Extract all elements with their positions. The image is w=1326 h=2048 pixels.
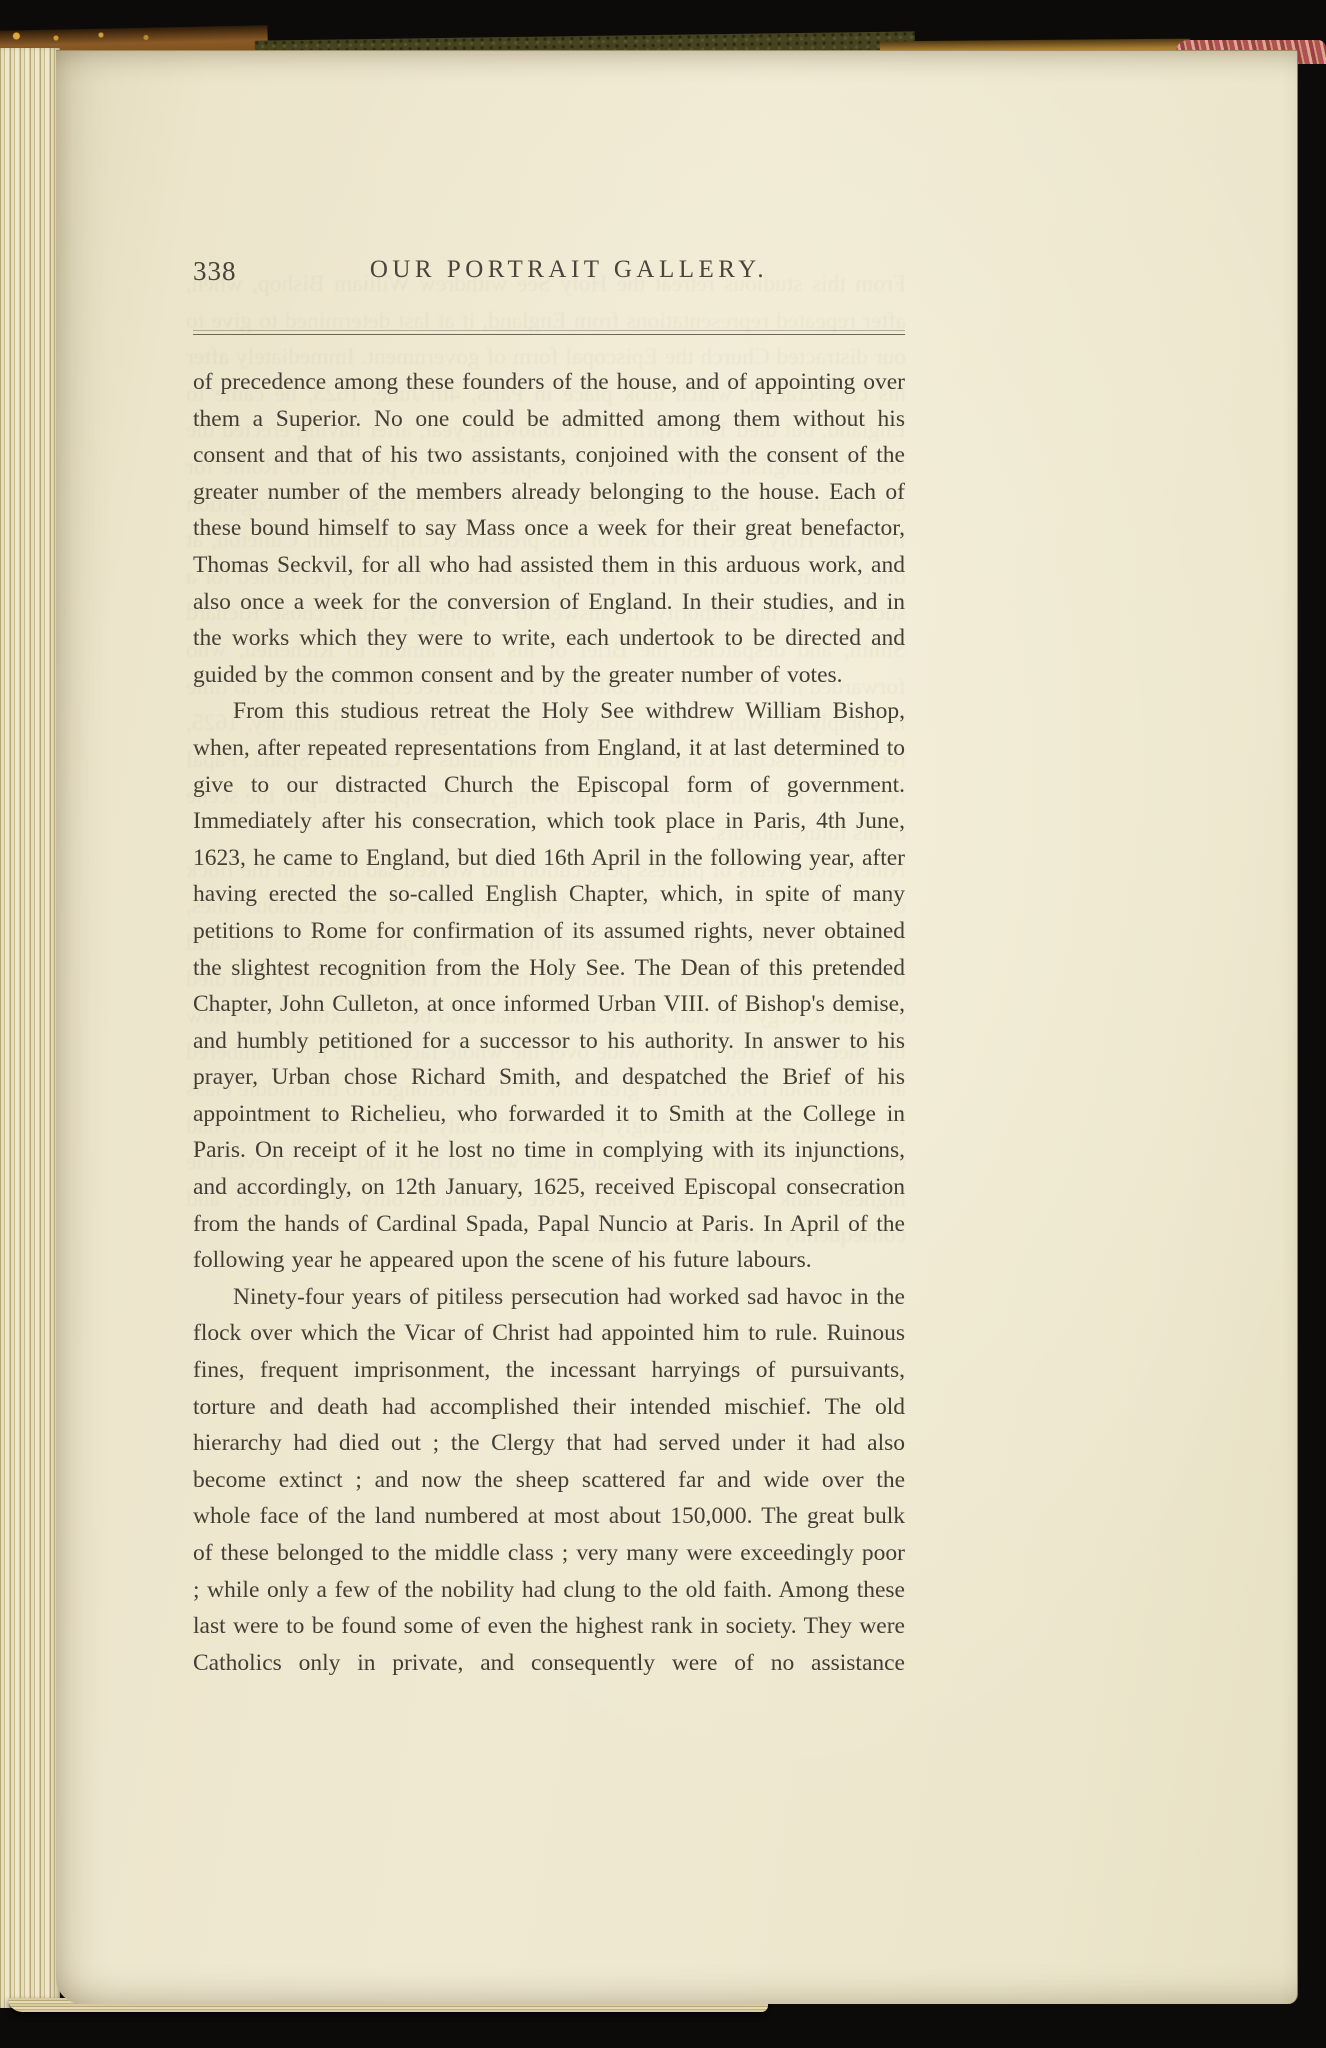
paragraph-2: From this studious retreat the Holy See … <box>193 693 905 1279</box>
page-edge-stack-left <box>0 48 60 2008</box>
body-text: of precedence among these founders of th… <box>193 364 905 1681</box>
gilt-flecks <box>2 32 182 42</box>
printed-text-block: 338 OUR PORTRAIT GALLERY. of precedence … <box>193 256 905 1681</box>
page-number: 338 <box>193 256 237 287</box>
running-title: OUR PORTRAIT GALLERY. <box>193 256 905 284</box>
paragraph-3: Ninety-four years of pitiless persecutio… <box>193 1279 905 1682</box>
paragraph-1: of precedence among these founders of th… <box>193 364 905 693</box>
running-head: 338 OUR PORTRAIT GALLERY. <box>193 256 905 290</box>
header-rule <box>193 330 905 335</box>
book-page: From this studious retreat the Holy See … <box>56 50 1298 2004</box>
scanned-book-photo: From this studious retreat the Holy See … <box>0 0 1326 2048</box>
